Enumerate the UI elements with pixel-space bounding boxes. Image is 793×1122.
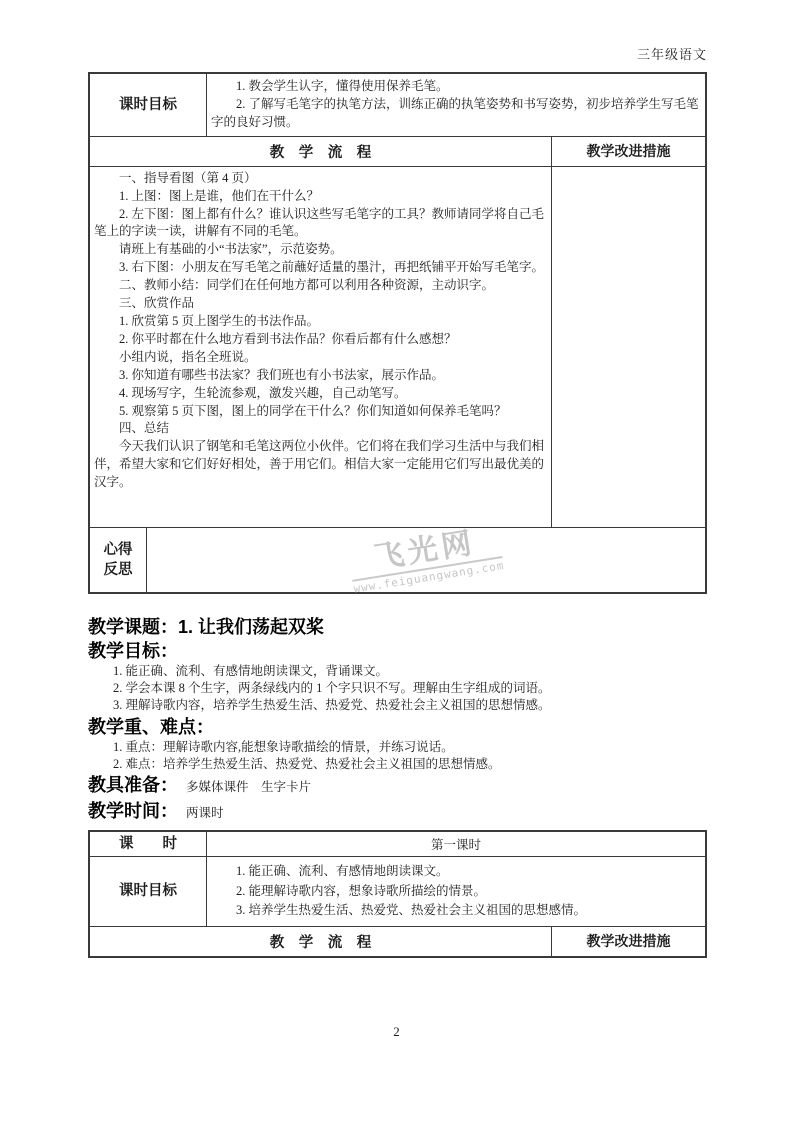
improvement-header: 教学改进措施 <box>552 137 705 166</box>
flow-header-row-2: 教 学 流 程 教学改进措施 <box>90 926 705 956</box>
period-goal-row: 课时目标 1. 能正确、流利、有感情地朗读课文。2. 能理解诗歌内容，想象诗歌所… <box>90 856 705 926</box>
paragraph: 1. 教会学生认字，懂得使用保养毛笔。 <box>211 78 699 96</box>
keypoints-heading: 教学重、难点： <box>88 715 707 739</box>
paragraph: 3. 理解诗歌内容，培养学生热爱生活、热爱党、热爱社会主义祖国的思想情感。 <box>88 697 707 714</box>
paragraph: 小组内说，指名全班说。 <box>94 349 545 367</box>
improvement-header-2: 教学改进措施 <box>552 927 705 956</box>
aids-heading: 教具准备： <box>88 773 178 797</box>
flow-header-row: 教 学 流 程 教学改进措施 <box>90 136 705 166</box>
lesson-goal-content: 1. 教会学生认字，懂得使用保养毛笔。2. 了解写毛笔字的执笔方法，训练正确的执… <box>207 74 705 136</box>
paragraph: 3. 你知道有哪些书法家？我们班也有小书法家，展示作品。 <box>94 367 545 385</box>
paragraph: 1. 欣赏第 5 页上图学生的书法作品。 <box>94 313 545 331</box>
paragraph: 今天我们认识了钢笔和毛笔这两位小伙伴。它们将在我们学习生活中与我们相伴，希望大家… <box>94 438 545 492</box>
paragraph: 2. 能理解诗歌内容，想象诗歌所描绘的情景。 <box>211 882 699 902</box>
paragraph: 2. 了解写毛笔字的执笔方法，训练正确的执笔姿势和书写姿势，初步培养学生写毛笔字… <box>211 96 699 132</box>
paragraph: 3. 培养学生热爱生活、热爱党、热爱社会主义祖国的思想感情。 <box>211 901 699 921</box>
flow-content-row: 一、指导看图（第 4 页）1. 上图：图上是谁，他们在干什么？2. 左下图：图上… <box>90 166 705 527</box>
goals-heading: 教学目标： <box>88 639 707 663</box>
lesson-table-1: 课时目标 1. 教会学生认字，懂得使用保养毛笔。2. 了解写毛笔字的执笔方法，训… <box>88 72 707 594</box>
lesson-goal-label: 课时目标 <box>90 74 207 136</box>
lesson-2-section: 教学课题：1. 让我们荡起双桨 教学目标： 1. 能正确、流利、有感情地朗读课文… <box>88 615 707 825</box>
paragraph: 2. 你平时都在什么地方看到书法作品？你看后都有什么感想？ <box>94 331 545 349</box>
topic-heading: 教学课题：1. 让我们荡起双桨 <box>88 615 707 639</box>
aids-value: 多媒体课件 生字卡片 <box>186 775 311 799</box>
watermark: 飞光网 www.feiguangwang.com <box>347 524 505 595</box>
paragraph: 1. 上图：图上是谁，他们在干什么？ <box>94 188 545 206</box>
paragraph: 2. 左下图：图上都有什么？谁认识这些写毛笔字的工具？教师请同学将自己毛笔上的字… <box>94 206 545 242</box>
reflection-row: 心得 反思 飞光网 www.feiguangwang.com <box>90 527 705 592</box>
flow-header: 教 学 流 程 <box>90 137 552 166</box>
time-value: 两课时 <box>186 801 224 825</box>
lesson-goal-row: 课时目标 1. 教会学生认字，懂得使用保养毛笔。2. 了解写毛笔字的执笔方法，训… <box>90 74 705 136</box>
paragraph: 3. 右下图：小朋友在写毛笔之前蘸好适量的墨汁，再把纸铺平开始写毛笔字。 <box>94 259 545 277</box>
lesson-table-2: 课 时 第一课时 课时目标 1. 能正确、流利、有感情地朗读课文。2. 能理解诗… <box>88 830 707 958</box>
flow-header-2: 教 学 流 程 <box>90 927 552 956</box>
paragraph: 四、总结 <box>94 420 545 438</box>
period-row: 课 时 第一课时 <box>90 832 705 856</box>
period-goal-content: 1. 能正确、流利、有感情地朗读课文。2. 能理解诗歌内容，想象诗歌所描绘的情景… <box>207 857 705 926</box>
time-heading: 教学时间： <box>88 799 178 823</box>
improvement-content-empty <box>552 167 705 527</box>
aids-line: 教具准备： 多媒体课件 生字卡片 <box>88 773 707 799</box>
keypoints-list: 1. 重点：理解诗歌内容,能想象诗歌描绘的情景，并练习说话。2. 难点：培养学生… <box>88 739 707 774</box>
paragraph: 1. 能正确、流利、有感情地朗读课文，背诵课文。 <box>88 663 707 680</box>
flow-content: 一、指导看图（第 4 页）1. 上图：图上是谁，他们在干什么？2. 左下图：图上… <box>90 167 552 527</box>
time-line: 教学时间： 两课时 <box>88 799 707 825</box>
paragraph: 1. 能正确、流利、有感情地朗读课文。 <box>211 862 699 882</box>
reflection-label: 心得 反思 <box>90 528 147 592</box>
paragraph: 三、欣赏作品 <box>94 295 545 313</box>
period-value: 第一课时 <box>207 832 705 856</box>
document-content: 课时目标 1. 教会学生认字，懂得使用保养毛笔。2. 了解写毛笔字的执笔方法，训… <box>88 72 707 958</box>
paragraph: 5. 观察第 5 页下图，图上的同学在干什么？你们知道如何保养毛笔吗？ <box>94 403 545 421</box>
paragraph: 一、指导看图（第 4 页） <box>94 170 545 188</box>
paragraph: 1. 重点：理解诗歌内容,能想象诗歌描绘的情景，并练习说话。 <box>88 739 707 756</box>
header-subject-label: 三年级语文 <box>637 44 707 63</box>
period-label: 课 时 <box>90 832 207 856</box>
goals-list: 1. 能正确、流利、有感情地朗读课文，背诵课文。2. 学会本课 8 个生字，两条… <box>88 663 707 715</box>
reflection-content: 飞光网 www.feiguangwang.com <box>147 528 705 592</box>
page-number: 2 <box>0 1024 793 1040</box>
document-page: 三年级语文 课时目标 1. 教会学生认字，懂得使用保养毛笔。2. 了解写毛笔字的… <box>0 0 793 1122</box>
paragraph: 2. 难点：培养学生热爱生活、热爱党、热爱社会主义祖国的思想情感。 <box>88 756 707 773</box>
paragraph: 请班上有基础的小“书法家”，示范姿势。 <box>94 241 545 259</box>
paragraph: 4. 现场写字，生轮流参观，激发兴趣，自己动笔写。 <box>94 385 545 403</box>
period-goal-label: 课时目标 <box>90 857 207 926</box>
paragraph: 二、教师小结：同学们在任何地方都可以利用各种资源，主动识字。 <box>94 277 545 295</box>
paragraph: 2. 学会本课 8 个生字，两条绿线内的 1 个字只识不写。理解由生字组成的词语… <box>88 680 707 697</box>
